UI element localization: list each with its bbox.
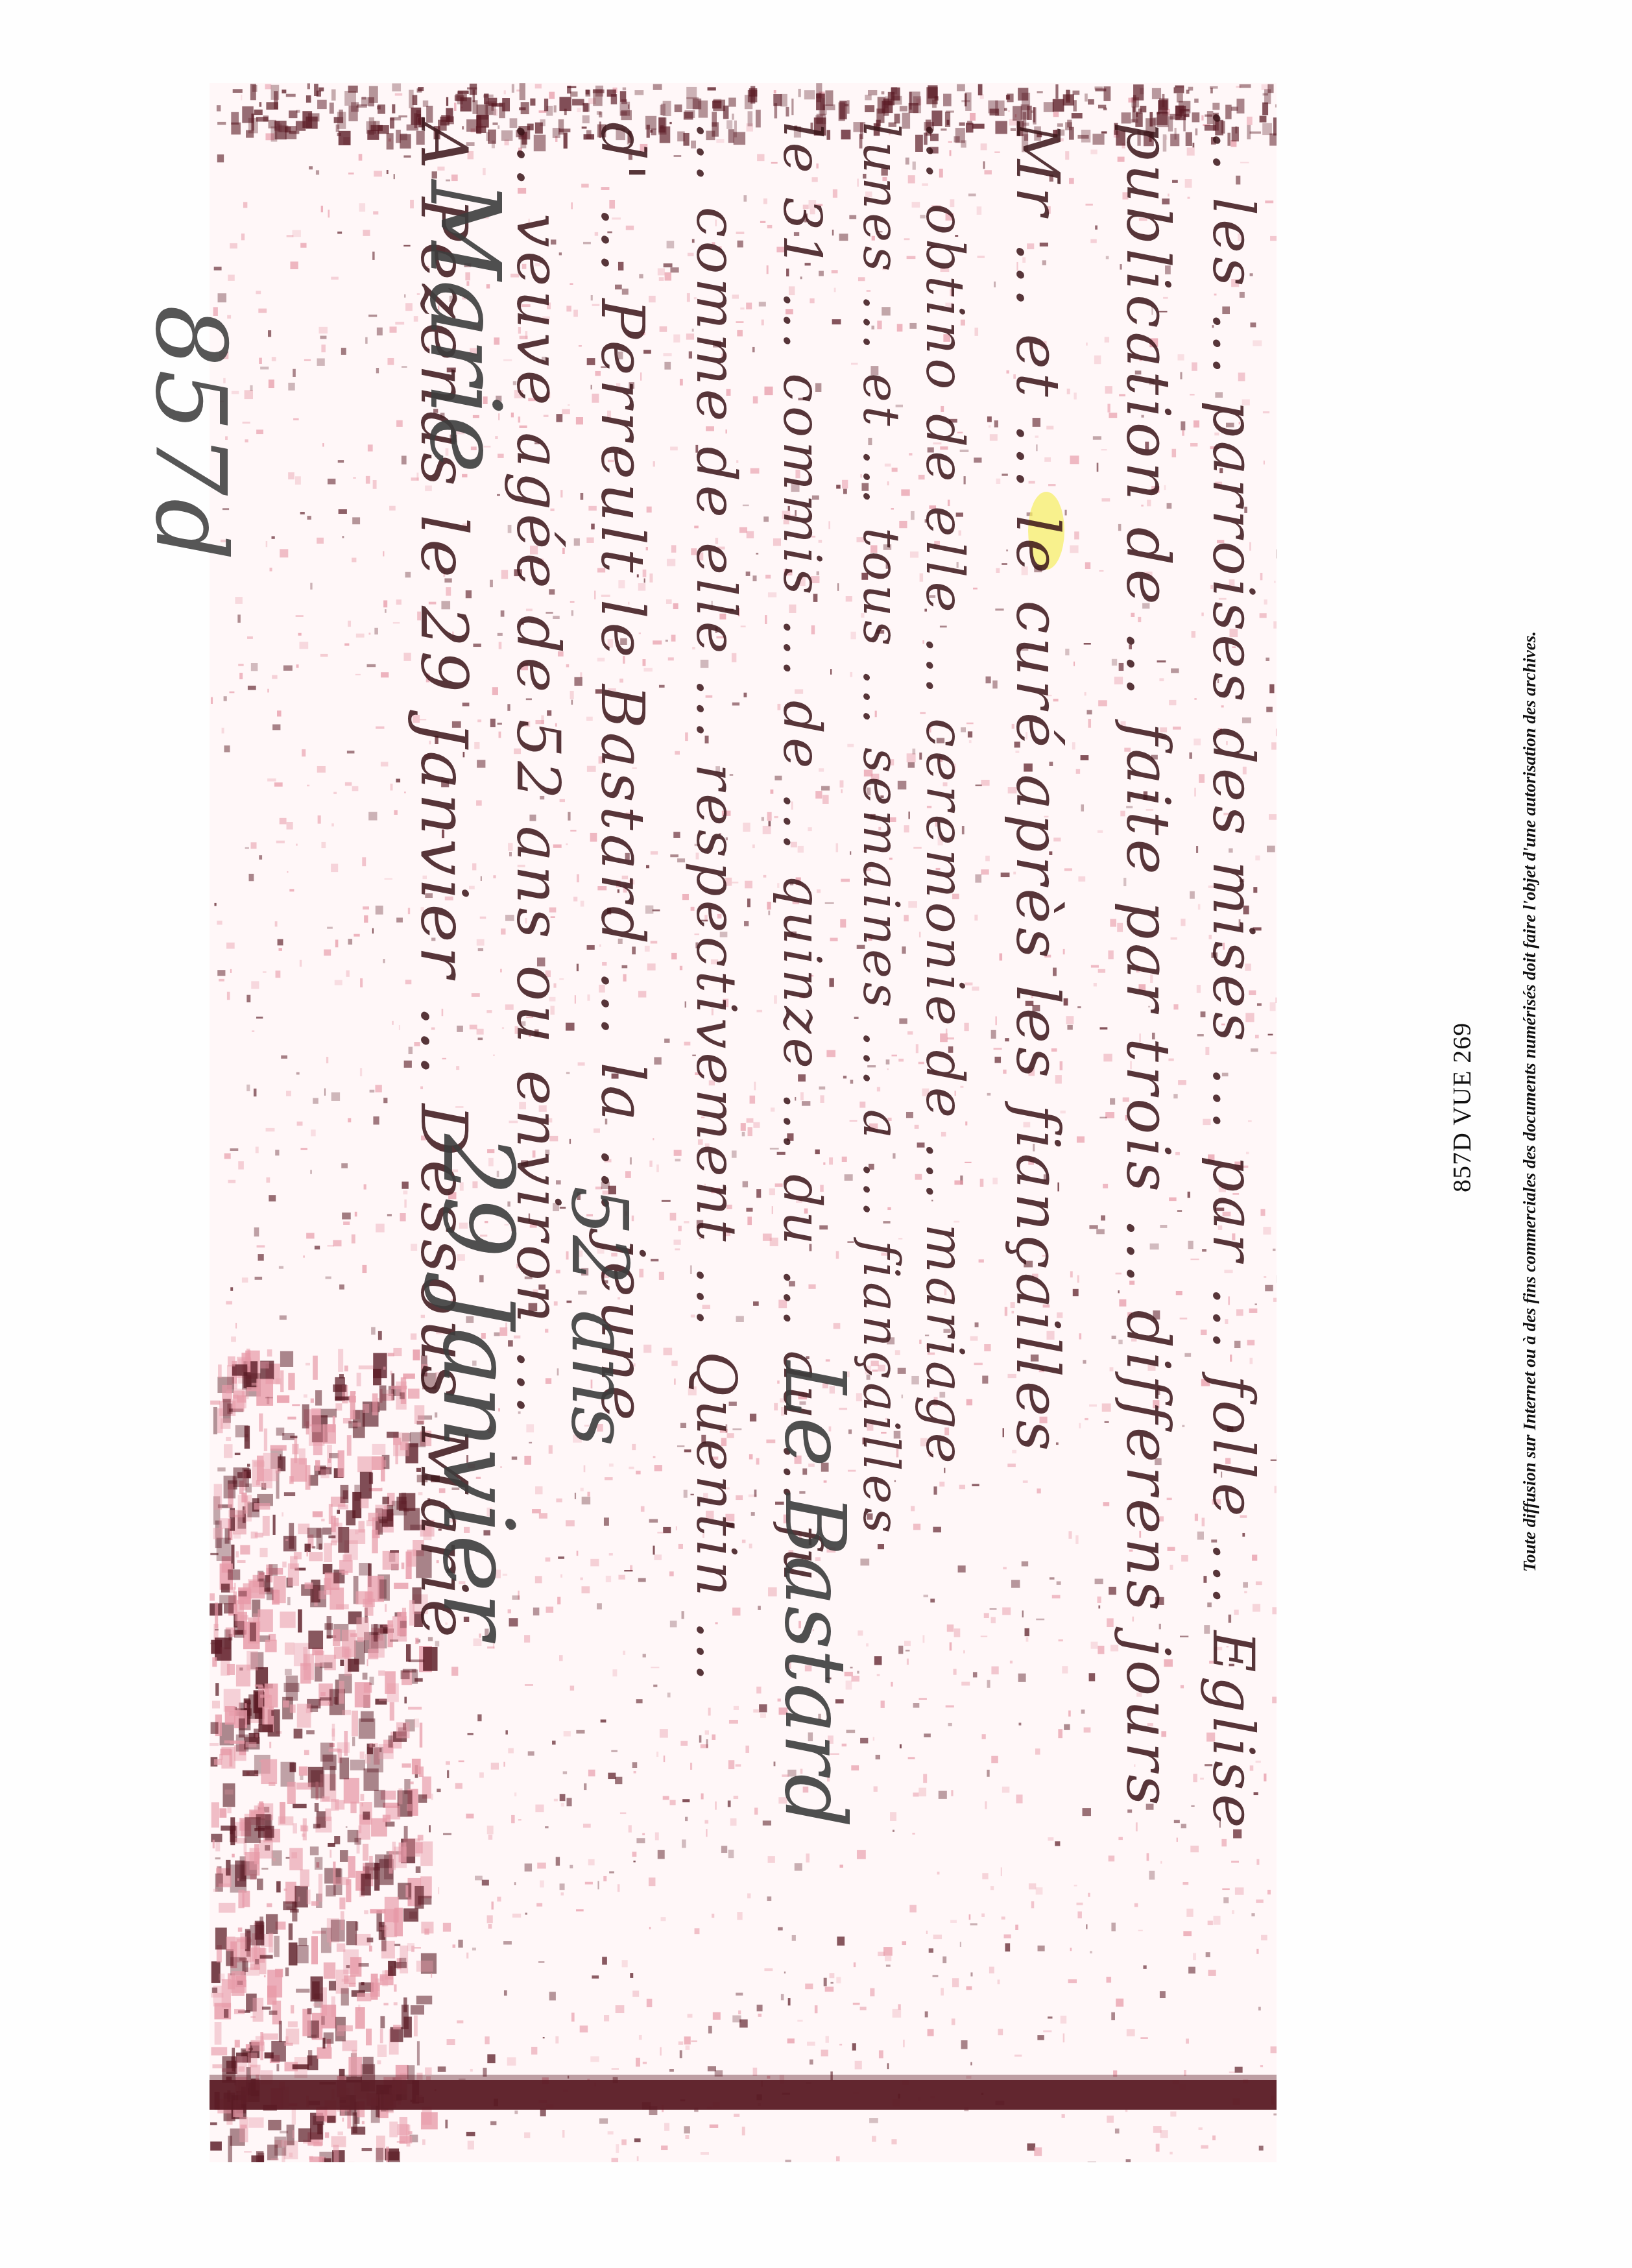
- copyright-notice: Toute diffusion sur Internet ou à des fi…: [1520, 624, 1540, 1579]
- pencil-date-note: 29 Janvier: [421, 1134, 534, 1639]
- manuscript-line: Mr ... et ... le curé après les fiançail…: [1003, 122, 1072, 1454]
- pencil-reference-number: 857d: [134, 305, 246, 563]
- pencil-surname-note: Le Bastard: [766, 1361, 865, 1828]
- pencil-name-note: Marie: [408, 180, 521, 473]
- manuscript-scan: ... les ... parroises des mises ... par …: [210, 83, 1277, 2162]
- scanned-page: ... les ... parroises des mises ... par …: [0, 0, 1632, 2268]
- manuscript-line: publication de ... faite par trois ... d…: [1113, 122, 1182, 1809]
- manuscript-line: ... comme de elle ... respectivement ...…: [684, 122, 748, 1685]
- manuscript-line: ... obtino de elle ... ceremonie de ... …: [915, 122, 975, 1467]
- pencil-age-note: 52 ans: [554, 1186, 644, 1446]
- manuscript-line: lunes ... et ... tous ... semaines ... a…: [852, 122, 910, 1537]
- document-reference: 857D VUE 269: [1446, 1022, 1477, 1192]
- manuscript-line: ... les ... parroises des mises ... par …: [1200, 109, 1267, 1832]
